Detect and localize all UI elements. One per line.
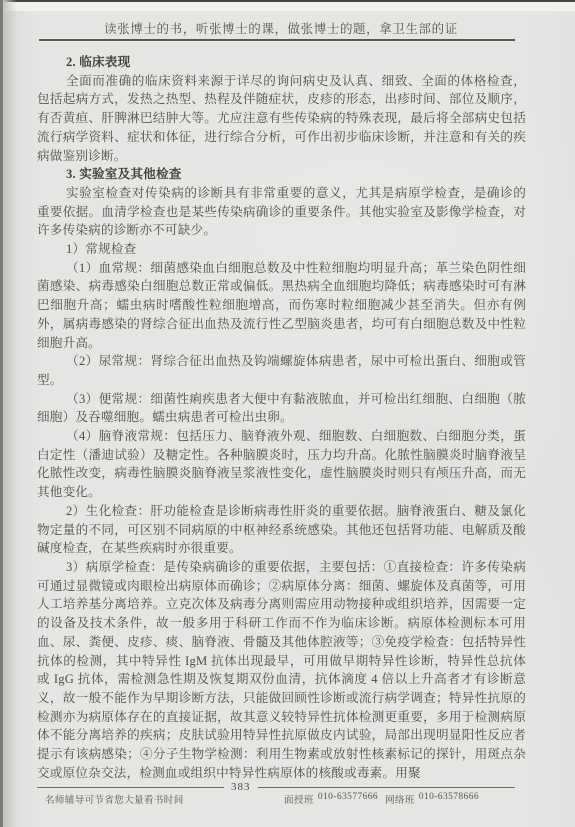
page-body: 2. 临床表现 全面而准确的临床资料来源于详尽的询问病史及认真、细致、全面的体格…	[37, 53, 526, 782]
footer-row: 名师辅导可节省您大量看书时间 面授班 010-63577666 网络班 010-…	[37, 788, 515, 806]
footer-face-class: 面授班 010-63577666	[284, 792, 378, 806]
section-heading-clinical-manifestations: 2. 临床表现	[37, 53, 526, 72]
scan-strip-top	[0, 2, 575, 11]
scanned-book-page: 读张博士的书，听张博士的课，做张博士的题，拿卫生部的证 2. 临床表现 全面而准…	[0, 0, 575, 827]
footer-contacts: 面授班 010-63577666 网络班 010-63578666	[284, 792, 515, 806]
scan-shade-left	[3, 0, 17, 827]
paragraph-biochemical-tests: 2）生化检查：肝功能检查是诊断病毒性肝炎的重要依据。脑脊液蛋白、糖及氯化物定量的…	[37, 502, 526, 558]
footer-face-class-label: 面授班	[284, 792, 314, 806]
section-heading-laboratory-tests: 3. 实验室及其他检查	[37, 165, 526, 184]
paragraph-laboratory-overview: 实验室检查对传染病的诊断具有非常重要的意义，尤其是病原学检查，是确诊的重要依据。…	[37, 184, 526, 240]
paragraph-csf-routine: （4）脑脊液常规：包括压力、脑脊液外观、细胞数、白细胞数、白细胞分类，蛋白定性（…	[37, 427, 526, 502]
paragraph-pathogen-tests: 3）病原学检查：是传染病确诊的重要依据，主要包括：①直接检查：许多传染病可通过显…	[37, 558, 526, 782]
paragraph-blood-routine: （1）血常规：细菌感染血白细胞总数及中性粒细胞均明显升高；革兰染色阴性细菌感染、…	[37, 259, 526, 353]
header-rule	[39, 39, 515, 41]
subheading-routine-tests: 1）常规检查	[37, 240, 526, 259]
paragraph-stool-routine: （3）便常规：细菌性痢疾患者大便中有黏液脓血，并可检出红细胞、白细胞（脓细胞）及…	[37, 390, 526, 427]
footer-left-note: 名师辅导可节省您大量看书时间	[37, 792, 184, 806]
page-number: 383	[224, 781, 258, 793]
footer-face-class-phone: 010-63577666	[318, 792, 378, 806]
paragraph-urine-routine: （2）尿常规：肾综合征出血热及钩端螺旋体病患者，尿中可检出蛋白、细胞或管型。	[37, 352, 526, 389]
footer-online-class-label: 网络班	[385, 792, 415, 806]
footer-online-class-phone: 010-63578666	[419, 792, 479, 806]
header-tagline: 读张博士的书，听张博士的课，做张博士的题，拿卫生部的证	[37, 19, 525, 37]
footer-online-class: 网络班 010-63578666	[385, 792, 479, 806]
page-footer: 383 名师辅导可节省您大量看书时间 面授班 010-63577666 网络班 …	[37, 787, 515, 806]
paragraph-clinical-overview: 全面而准确的临床资料来源于详尽的询问病史及认真、细致、全面的体格检查，包括起病方…	[37, 72, 526, 166]
